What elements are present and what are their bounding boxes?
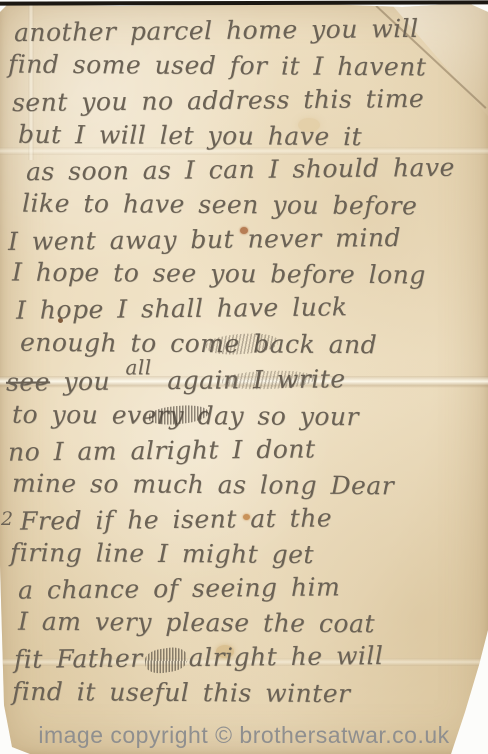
scribble-mark bbox=[143, 645, 188, 675]
line-text: alright he will bbox=[189, 641, 384, 672]
line-text: but I will let you have it bbox=[18, 120, 362, 151]
copyright-watermark: image copyright © brothersatwar.co.uk bbox=[0, 722, 488, 749]
letter-line: find it useful this winter bbox=[12, 677, 351, 708]
letter-line: like to have seen you before bbox=[22, 189, 418, 221]
line-text: I hope to see you before long bbox=[12, 258, 426, 290]
letter-line: as soon as I can I should have bbox=[26, 153, 455, 186]
inserted-word: all bbox=[125, 355, 151, 379]
letter-line: but I will let you have it bbox=[18, 120, 362, 151]
line-text: enough to come back and bbox=[20, 328, 377, 359]
letter-line: I hope I shall have luck bbox=[16, 292, 348, 324]
line-text: I am very please the coat bbox=[18, 607, 375, 638]
letter-line: find some used for it I havent bbox=[8, 50, 427, 82]
letter-line: I am very please the coat bbox=[18, 607, 375, 638]
line-text: sent you no address this time bbox=[12, 84, 425, 117]
line-text: Fred if he isent at the bbox=[20, 503, 332, 535]
letter-line: I hope to see you before long bbox=[12, 258, 426, 290]
line-text: mine so much as long Dear bbox=[12, 469, 394, 501]
letter-line: I went away but never mind bbox=[8, 223, 401, 256]
line-text: you bbox=[63, 367, 110, 396]
line-text: firing line I might get bbox=[10, 538, 314, 569]
letter-line: a chance of seeing him bbox=[18, 572, 341, 604]
letter-body: another parcel home you will find some u… bbox=[0, 0, 488, 754]
letter-line: another parcel home you will bbox=[14, 14, 419, 47]
line-text: fit Father bbox=[14, 644, 143, 674]
line-text: I hope I shall have luck bbox=[16, 292, 348, 324]
letter-line: mine so much as long Dear bbox=[12, 469, 394, 501]
letter-line: fit Fatheralright he will bbox=[14, 641, 384, 674]
margin-page-mark: 2 bbox=[1, 508, 13, 530]
line-text: no I am alright I dont bbox=[8, 434, 316, 466]
letter-line: enough to come back and bbox=[20, 328, 377, 359]
line-text: like to have seen you before bbox=[22, 189, 418, 221]
struck-word: see bbox=[6, 367, 50, 396]
line-text: find some used for it I havent bbox=[8, 50, 427, 82]
line-text: another parcel home you will bbox=[14, 14, 419, 47]
line-text: find it useful this winter bbox=[12, 677, 351, 708]
line-text: as soon as I can I should have bbox=[26, 153, 455, 186]
line-text: a chance of seeing him bbox=[18, 572, 341, 604]
letter-scan: another parcel home you will find some u… bbox=[0, 0, 488, 754]
letter-line: no I am alright I dont bbox=[8, 434, 316, 466]
letter-line: sent you no address this time bbox=[12, 84, 425, 117]
letter-line: firing line I might get bbox=[10, 538, 314, 569]
line-text: I went away but never mind bbox=[8, 223, 401, 256]
letter-line: Fred if he isent at the bbox=[20, 503, 332, 535]
